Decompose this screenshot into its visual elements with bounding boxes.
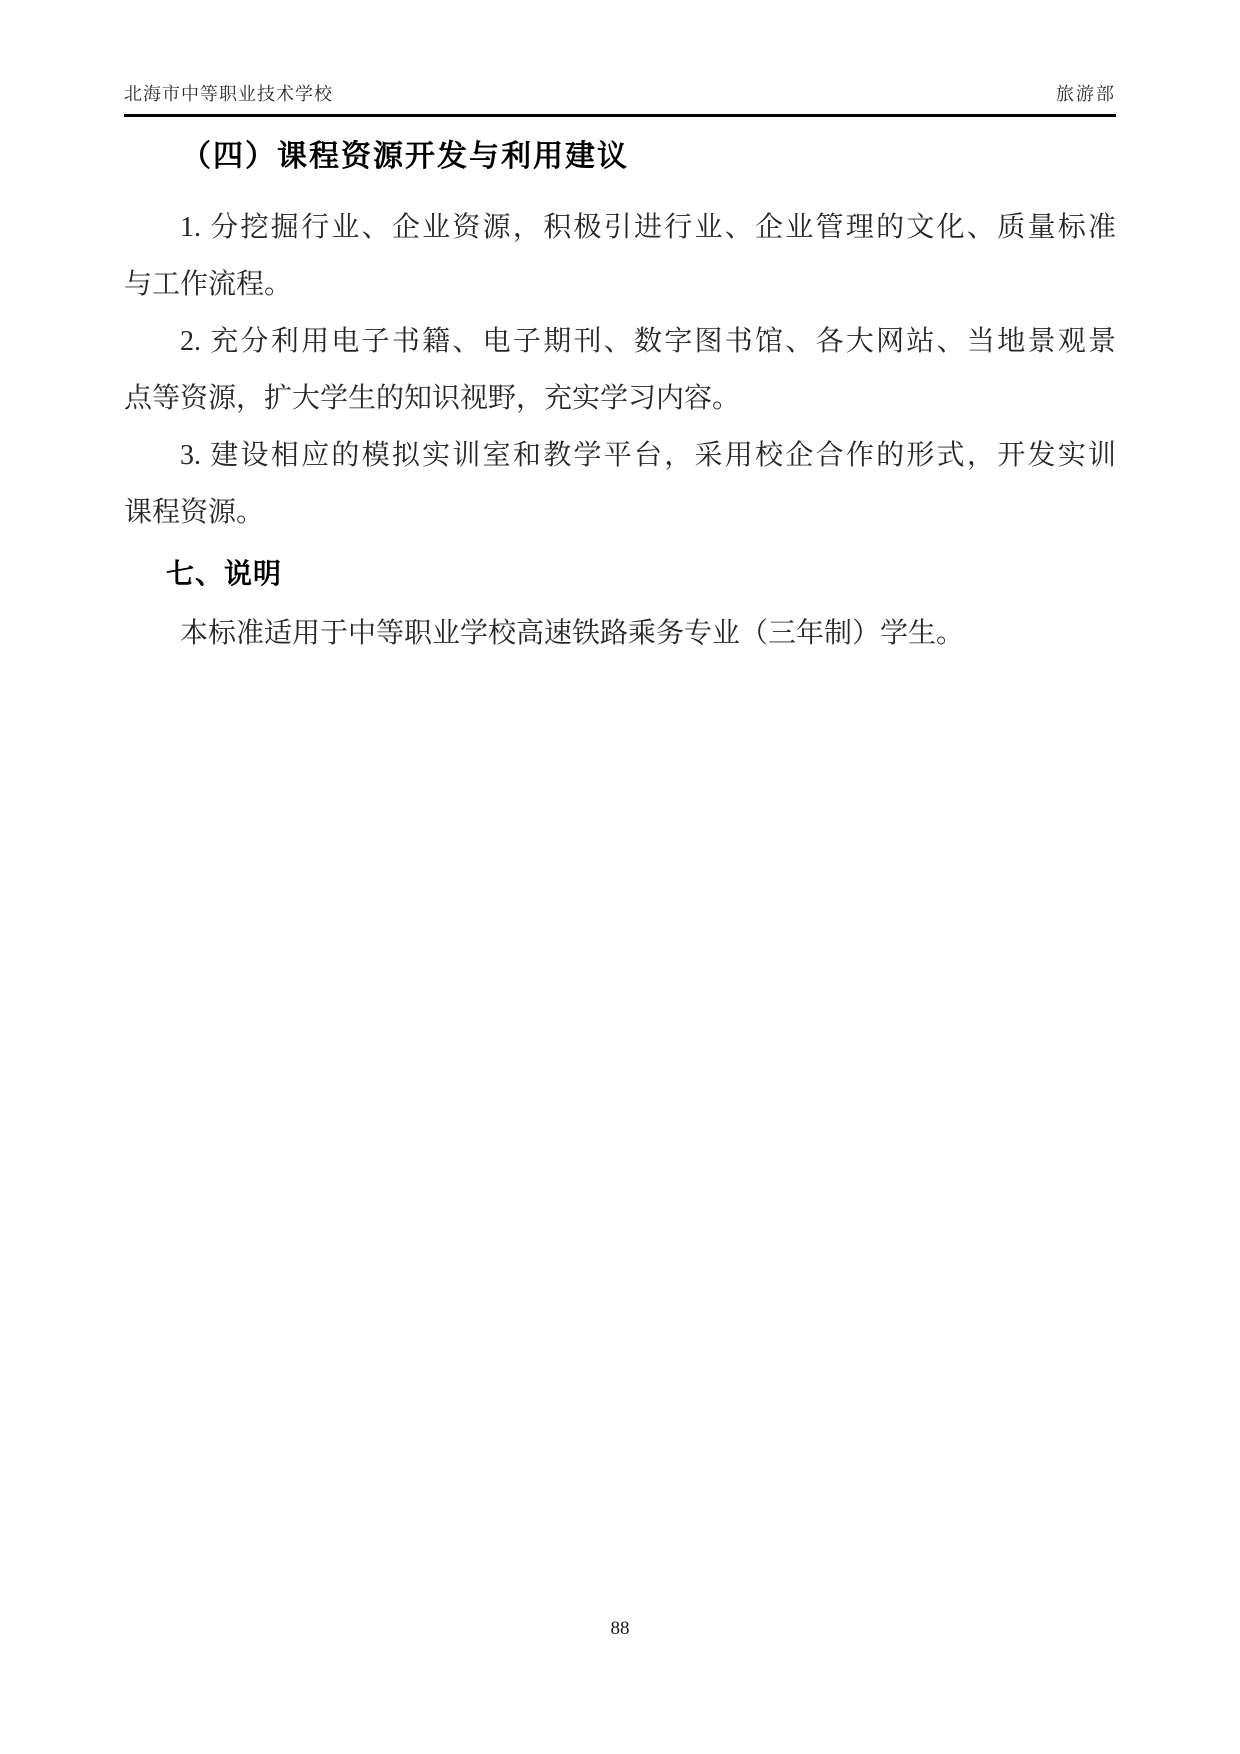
document-body: （四）课程资源开发与利用建议 1. 分挖掘行业、企业资源，积极引进行业、企业管理… bbox=[124, 133, 1116, 664]
section-heading: （四）课程资源开发与利用建议 bbox=[124, 133, 1116, 181]
paragraph-2-line-2: 点等资源，扩大学生的知识视野，充实学习内容。 bbox=[124, 370, 1116, 427]
page-footer: 88 bbox=[0, 1618, 1240, 1640]
paragraph-block: 1. 分挖掘行业、企业资源，积极引进行业、企业管理的文化、质量标准 与工作流程。… bbox=[124, 199, 1116, 541]
paragraph-3-line-1: 3. 建设相应的模拟实训室和教学平台，采用校企合作的形式，开发实训 bbox=[124, 427, 1116, 484]
note-paragraph: 本标准适用于中等职业学校高速铁路乘务专业（三年制）学生。 bbox=[124, 604, 1116, 664]
page-header: 北海市中等职业技术学校 旅游部 bbox=[124, 80, 1116, 117]
document-page: 北海市中等职业技术学校 旅游部 （四）课程资源开发与利用建议 1. 分挖掘行业、… bbox=[0, 0, 1240, 1754]
header-school-name: 北海市中等职业技术学校 bbox=[124, 80, 333, 106]
header-department: 旅游部 bbox=[1056, 80, 1116, 106]
paragraph-1-line-2: 与工作流程。 bbox=[124, 256, 1116, 313]
paragraph-2-line-1: 2. 充分利用电子书籍、电子期刊、数字图书馆、各大网站、当地景观景 bbox=[124, 313, 1116, 370]
paragraph-3-line-2: 课程资源。 bbox=[124, 484, 1116, 541]
page-number: 88 bbox=[611, 1618, 630, 1639]
sub-heading: 七、说明 bbox=[124, 544, 1116, 604]
paragraph-1-line-1: 1. 分挖掘行业、企业资源，积极引进行业、企业管理的文化、质量标准 bbox=[124, 199, 1116, 256]
